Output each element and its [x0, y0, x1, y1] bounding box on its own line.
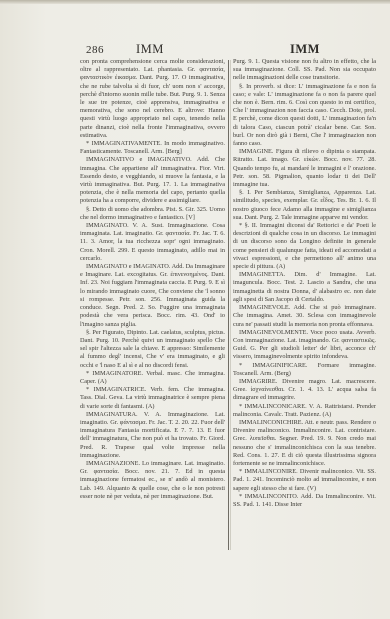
entry-paragraph: §. I. Per Sembianza, Simiglianza, Appare… [233, 189, 376, 222]
page-edge-shadow [0, 0, 390, 4]
column-divider [228, 60, 229, 550]
scanned-page: 286 IMM IMM con pronta comprehensione ce… [0, 0, 390, 619]
entry-paragraph: IMMAGINATO. V. A. Sust. Immaginazione. C… [80, 222, 225, 263]
entry-paragraph: IMMAGINATIVO e IMAGINATIVO. Add. Che imm… [80, 156, 225, 205]
entry-paragraph: §. Detto di uomo che adombra. Pist. S. G… [80, 206, 225, 222]
entry-paragraph: con pronta comprehensione cerca molte co… [80, 58, 225, 140]
entry-paragraph: * IMMAGINIFICARE. Formare immagine. Tosc… [233, 362, 376, 378]
entry-paragraph: IMMALINCONICHIRE. Att. e neutr. pass. Re… [233, 419, 376, 468]
entry-paragraph: * §. II. Immagini diconsi da' Rettorici … [233, 222, 376, 271]
entry-paragraph: Purg. 9. 1. Questa visione non fu altro … [233, 58, 376, 83]
entry-paragraph: * IMMAGINATIVAMENTE. In modo immaginativ… [80, 140, 225, 156]
entry-paragraph: IMMAGINATO e IMAGINATO. Add. Da Immagina… [80, 263, 225, 329]
entry-paragraph: * IMMALINCONITO. Add. Da Immalinconire. … [233, 493, 376, 509]
entry-paragraph: §. In proverb. si dice: L' immaginazione… [233, 83, 376, 149]
entry-paragraph: IMMAGINE. Figura di rilievo o dipinta o … [233, 148, 376, 189]
page-number: 286 [86, 44, 104, 58]
entry-paragraph: §. Per Figurato, Dipinto. Lat. caelatus,… [80, 329, 225, 370]
entry-paragraph: IMMAGINEVOLMENTE. Voce poco usata. Avver… [233, 329, 376, 362]
running-head-right: IMM [290, 42, 320, 56]
entry-paragraph: IMMAGRIRE. Divenire magro. Lat. macresce… [233, 378, 376, 403]
entry-paragraph: IMMAGINEVOLE. Add. Che si può immaginare… [233, 304, 376, 329]
entry-paragraph: * IMMALINCONIRE. Divenir malinconico. Vi… [233, 468, 376, 493]
left-column: con pronta comprehensione cerca molte co… [80, 58, 225, 501]
entry-paragraph: * IMMAGINATORE. Verbal. masc. Che immagi… [80, 370, 225, 386]
entry-paragraph: IMMAGINAZIONE. Lo immaginare. Lat. imagi… [80, 460, 225, 501]
entry-paragraph: IMMAGINETTA. Dim. d' Immagine. Lat. imag… [233, 271, 376, 304]
entry-paragraph: * IMMAGINATRICE. Verb. fem. Che immagina… [80, 386, 225, 411]
entry-paragraph: IMMAGINATURA. V. A. Immaginazione. Lat. … [80, 411, 225, 460]
running-head-left: IMM [136, 42, 164, 56]
right-column: Purg. 9. 1. Questa visione non fu altro … [233, 58, 376, 509]
entry-paragraph: * IMMALINCONICARE. V. A. Rattristarsi. P… [233, 403, 376, 419]
